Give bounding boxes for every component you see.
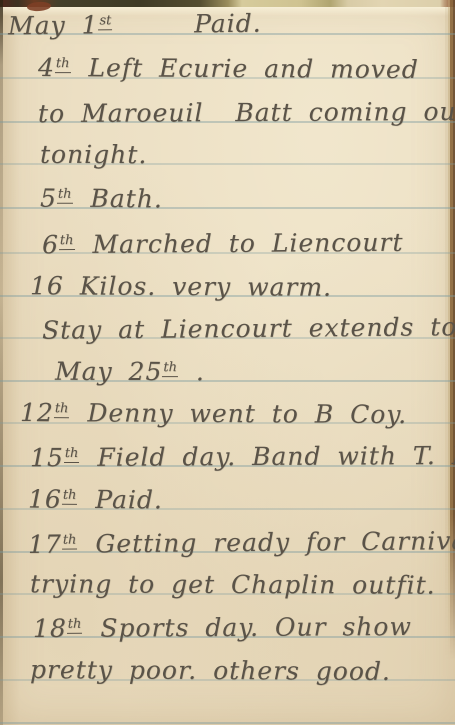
diary-entry-line: May 25th . [55,359,205,385]
diary-entry-line: to Maroeuil Batt coming out [38,99,455,126]
entry-text: tonight. [40,140,147,169]
entry-text: Stay at Liencourt extends to [42,312,455,345]
entry-text: to Maroeuil Batt coming out [38,97,455,128]
page-left-edge [0,0,3,725]
diary-entry-line: Stay at Liencourt extends to [42,314,455,343]
ordinal-suffix: th [64,446,80,463]
diary-entry-line: pretty poor. others good. [30,657,391,684]
diary-entry-line: tonight. [40,142,147,167]
entry-text: trying to get Chaplin outfit. [30,569,436,599]
ordinal-suffix: th [62,532,78,549]
entry-text: Paid. [114,9,262,40]
diary-entry-line: 16th Paid. [28,487,163,513]
entry-text: 12 [20,398,54,427]
entry-text: 15 [30,443,64,472]
entry-text: 6 [42,230,59,259]
entry-text: Left Ecurie and moved [72,53,418,84]
ordinal-suffix: th [162,360,178,377]
entry-text: pretty poor. others good. [30,655,391,686]
entry-text: Field day. Band with T. M. [81,441,455,472]
entry-text: 5 [40,184,57,213]
ruled-line [0,722,455,724]
diary-entry-line: 6th Marched to Liencourt [42,230,404,258]
entry-text: Bath. [74,184,163,214]
entry-text: Denny went to B Coy. [71,398,407,429]
ordinal-suffix: th [62,487,78,504]
ordinal-suffix: st [98,13,112,30]
ordinal-suffix: th [57,186,73,203]
entry-text: Marched to Liencourt [76,228,403,259]
entry-text: May 1 [8,10,99,40]
diary-entry-line: May 1st Paid. [8,11,262,39]
notebook-page: May 1st Paid.4th Left Ecurie and movedto… [0,0,455,725]
entry-text: Getting ready for Carnival [79,526,455,558]
entry-text: 4 [38,53,55,82]
diary-entry-line: trying to get Chaplin outfit. [30,571,436,597]
entry-text: Sports day. Our show [84,612,412,643]
entry-text: Paid. [79,485,163,515]
diary-entry-line: 16 Kilos. very warm. [30,273,332,300]
diary-entry-line: 17th Getting ready for Carnival [28,528,455,557]
ordinal-suffix: th [59,233,75,250]
ordinal-suffix: th [67,616,83,633]
entry-text: 16 Kilos. very warm. [30,271,332,302]
entry-text: 17 [28,530,62,559]
ordinal-suffix: th [55,56,71,73]
entry-text: 16 [28,485,62,514]
entry-text: . [180,357,205,386]
diary-entry-line: 4th Left Ecurie and moved [38,55,419,82]
diary-entry-line: 12th Denny went to B Coy. [20,400,407,427]
diary-entry-line: 15th Field day. Band with T. M. [30,443,455,470]
entry-text: 18 [33,614,67,643]
diary-entry-line: 5th Bath. [40,186,163,212]
ordinal-suffix: th [54,401,70,418]
entry-text: May 25 [55,357,162,386]
diary-entry-line: 18th Sports day. Our show [33,614,412,641]
page-top-edge [0,0,455,7]
